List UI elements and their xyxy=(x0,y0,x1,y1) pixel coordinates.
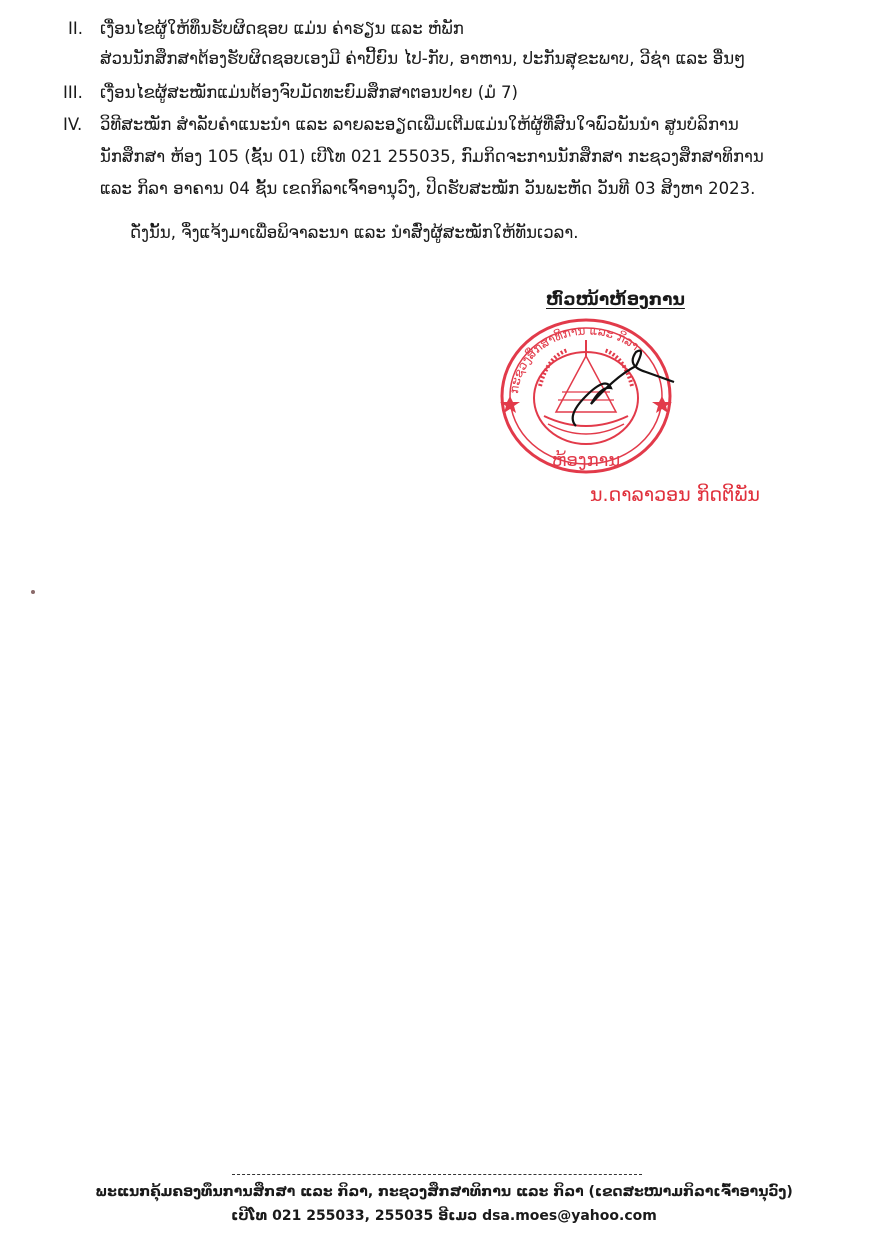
svg-text:ກະຊວງສຶກສາທິການ ແລະ ກິລາ: ກະຊວງສຶກສາທິການ ແລະ ກິລາ xyxy=(507,323,642,394)
signatory-name: ນ.ດາລາວອນ ກິດຕິພັນ xyxy=(590,484,760,506)
stamp-top-text: ກະຊວງສຶກສາທິການ ແລະ ກິລາ xyxy=(507,323,642,394)
item-iii-line-1: ເງື່ອນໄຂຜູ້ສະໝັກແມ່ນຕ້ອງຈົບມັດທະຍົມສຶກສາ… xyxy=(100,80,518,106)
footer-address: ພະແນກຄຸ້ມຄອງທຶນການສຶກສາ ແລະ ກິລາ, ກະຊວງສ… xyxy=(0,1184,888,1200)
stamp-bottom-text: ຫ້ອງການ xyxy=(552,450,620,471)
footer-divider xyxy=(232,1174,642,1175)
item-iv-line-2: ນັກສຶກສາ ຫ້ອງ 105 (ຊັ້ນ 01) ເບີໂທ 021 25… xyxy=(100,144,764,170)
closing-sentence: ດັ່ງນັ້ນ, ຈຶ່ງແຈ້ງມາເພື່ອພິຈາລະນາ ແລະ ນໍ… xyxy=(130,220,579,246)
item-ii-line-2: ສ່ວນນັກສຶກສາຕ້ອງຮັບຜິດຊອບເອງມີ ຄ່າປີ້ຍົນ… xyxy=(100,46,745,72)
item-numeral-ii: II. xyxy=(68,16,83,42)
official-stamp-icon: ຫ້ອງການ ກະຊວງສຶກສາທິການ ແລະ ກິລາ xyxy=(496,316,676,476)
item-iv-line-1: ວິທີສະໝັກ ສໍາລັບຄໍາແນະນໍາ ແລະ ລາຍລະອຽດເພ… xyxy=(100,112,739,138)
scan-speck xyxy=(31,590,35,594)
signatory-title: ຫົວໜ້າຫ້ອງການ xyxy=(546,290,685,310)
item-numeral-iv: IV. xyxy=(63,112,82,138)
item-numeral-iii: III. xyxy=(63,80,83,106)
item-iv-line-3: ແລະ ກິລາ ອາຄານ 04 ຊັ້ນ ເຂດກິລາເຈົ້າອານຸວ… xyxy=(100,176,755,202)
footer-contact: ເບີໂທ 021 255033, 255035 ອີເມວ dsa.moes@… xyxy=(0,1208,888,1224)
item-ii-line-1: ເງື່ອນໄຂຜູ້ໃຫ້ທຶນຮັບຜິດຊອບ ແມ່ນ ຄ່າຮຽນ ແ… xyxy=(100,16,464,42)
